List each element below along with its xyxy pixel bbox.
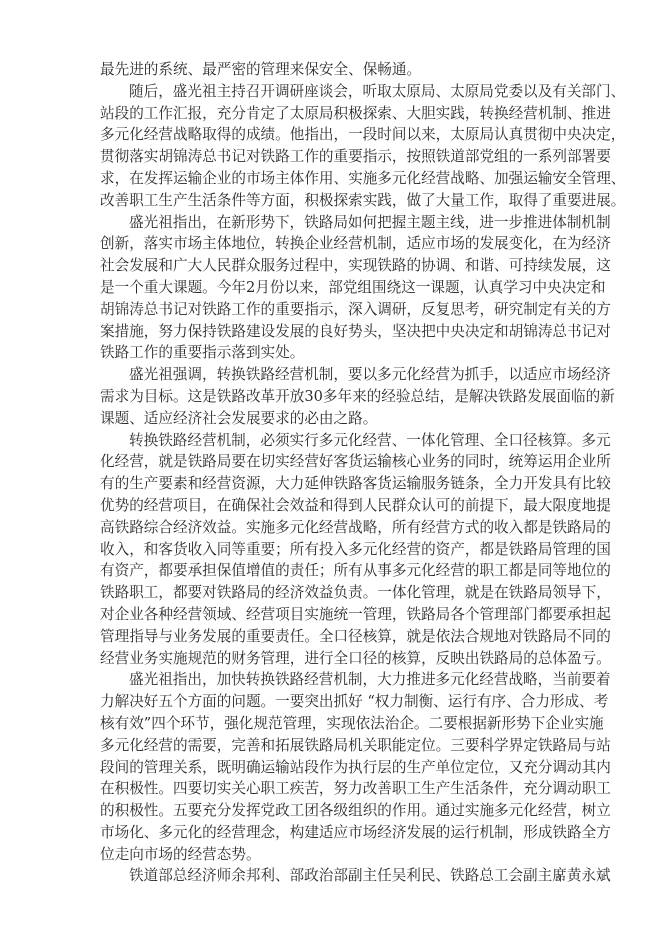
text-line: 多元化经营战略取得的成绩。他指出，一段时间以来，太原局认真贯彻中央决定，: [100, 124, 564, 146]
article-body: 最先进的系统、最严密的管理来保安全、保畅通。随后，盛光祖主持召开调研座谈会，听取…: [100, 59, 564, 887]
text-line: 对企业各种经营领域、经营项目实施统一管理，铁路局各个管理部门都要承担起: [100, 604, 564, 626]
text-line: 创新，落实市场主体地位，转换企业经营机制，适应市场的发展变化，在为经济: [100, 233, 564, 255]
page-number: 3: [555, 872, 561, 884]
text-line: 转换铁路经营机制，必须实行多元化经营、一体化管理、全口径核算。多元: [100, 430, 564, 452]
text-line: 有的生产要素和经营资源，大力延伸铁路客货运输服务链条，全力开发具有比较: [100, 473, 564, 495]
text-line: 管理指导与业务发展的重要责任。全口径核算，就是依法合规地对铁路局不同的: [100, 626, 564, 648]
text-line: 贯彻落实胡锦涛总书记对铁路工作的重要指示，按照铁道部党组的一系列部署要: [100, 146, 564, 168]
text-line: 有资产，都要承担保值增值的责任；所有从事多元化经营的职工都是同等地位的: [100, 560, 564, 582]
text-line: 位走向市场的经营态势。: [100, 844, 564, 866]
text-line: 在积极性。四要切实关心职工疾苦，努力改善职工生产生活条件，充分调动职工: [100, 778, 564, 800]
text-line: 铁路职工，都要对铁路局的经济效益负责。一体化管理，就是在铁路局领导下，: [100, 582, 564, 604]
text-line: 收入，和客货收入同等重要；所有投入多元化经营的资产，都是铁路局管理的国: [100, 539, 564, 561]
text-line: 力解决好五个方面的问题。一要突出抓好 “权力制衡、运行有序、合力形成、考: [100, 691, 564, 713]
text-line: 改善职工生产生活条件等方面，积极探索实践，做了大量工作，取得了重要进展。: [100, 190, 564, 212]
text-line: 的积极性。五要充分发挥党政工团各级组织的作用。通过实施多元化经营，树立: [100, 800, 564, 822]
text-line: 铁道部总经济师余邦利、部政治部副主任吴利民、铁路总工会副主席黄永斌: [100, 865, 564, 887]
text-line: 需求为目标。这是铁路改革开放30多年来的经验总结，是解决铁路发展面临的新: [100, 386, 564, 408]
text-line: 铁路工作的重要指示落到实处。: [100, 342, 564, 364]
text-line: 高铁路综合经济效益。实施多元化经营战略，所有经营方式的收入都是铁路局的: [100, 517, 564, 539]
text-line: 核有效”四个环节，强化规范管理，实现依法治企。二要根据新形势下企业实施: [100, 713, 564, 735]
text-line: 经营业务实施规范的财务管理，进行全口径的核算，反映出铁路局的总体盈亏。: [100, 648, 564, 670]
document-page: 最先进的系统、最严密的管理来保安全、保畅通。随后，盛光祖主持召开调研座谈会，听取…: [0, 0, 661, 935]
text-line: 优势的经营项目，在确保社会效益和得到人民群众认可的前提下，最大限度地提: [100, 495, 564, 517]
text-line: 市场化、多元化的经营理念，构建适应市场经济发展的运行机制，形成铁路全方: [100, 822, 564, 844]
text-line: 社会发展和广大人民群众服务过程中，实现铁路的协调、和谐、可持续发展，这: [100, 255, 564, 277]
text-line: 求，在发挥运输企业的市场主体作用、实施多元化经营战略、加强运输安全管理、: [100, 168, 564, 190]
text-line: 多元化经营的需要，完善和拓展铁路局机关职能定位。三要科学界定铁路局与站: [100, 735, 564, 757]
text-line: 站段的工作汇报，充分肯定了太原局积极探索、大胆实践，转换经营机制、推进: [100, 103, 564, 125]
text-line: 盛光祖指出，加快转换铁路经营机制，大力推进多元化经营战略，当前要着: [100, 669, 564, 691]
text-line: 案措施，努力保持铁路建设发展的良好势头，坚决把中央决定和胡锦涛总书记对: [100, 321, 564, 343]
text-line: 盛光祖强调，转换铁路经营机制，要以多元化经营为抓手，以适应市场经济: [100, 364, 564, 386]
text-line: 化经营，就是铁路局要在切实经营好客货运输核心业务的同时，统筹运用企业所: [100, 451, 564, 473]
text-line: 课题、适应经济社会发展要求的必由之路。: [100, 408, 564, 430]
text-line: 是一个重大课题。今年2月份以来，部党组围绕这一课题，认真学习中央决定和: [100, 277, 564, 299]
text-line: 段间的管理关系，既明确运输站段作为执行层的生产单位定位，又充分调动其内: [100, 757, 564, 779]
text-line: 盛光祖指出，在新形势下，铁路局如何把握主题主线，进一步推进体制机制: [100, 212, 564, 234]
text-line: 随后，盛光祖主持召开调研座谈会，听取太原局、太原局党委以及有关部门、: [100, 81, 564, 103]
text-line: 最先进的系统、最严密的管理来保安全、保畅通。: [100, 59, 564, 81]
text-line: 胡锦涛总书记对铁路工作的重要指示，深入调研，反复思考，研究制定有关的方: [100, 299, 564, 321]
